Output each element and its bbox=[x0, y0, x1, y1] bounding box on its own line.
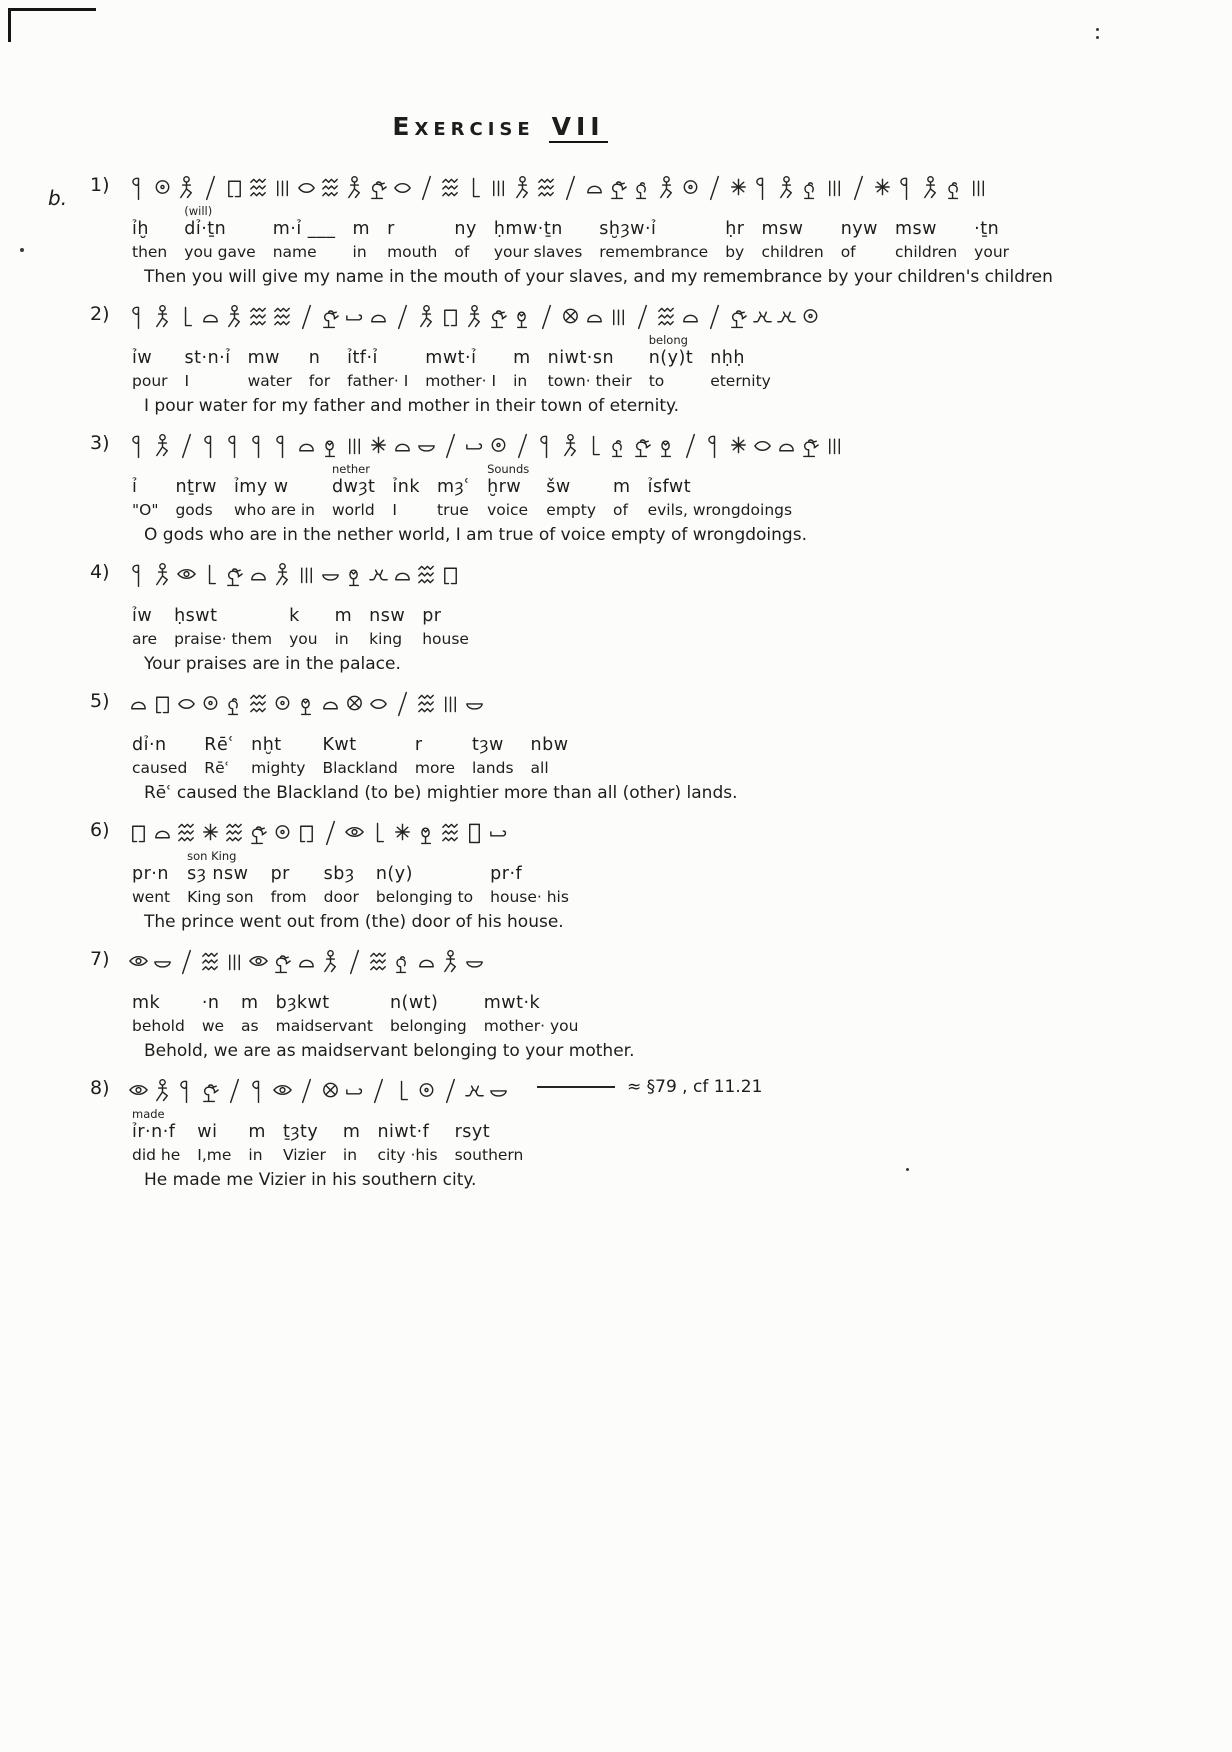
hieroglyph-man-icon bbox=[272, 559, 293, 589]
word-column: nḫtmighty bbox=[251, 721, 305, 779]
word-gloss: your bbox=[974, 242, 1009, 263]
page-title-roman-numeral: VII bbox=[549, 112, 608, 143]
word-annotation bbox=[490, 850, 569, 863]
transliteration: n bbox=[309, 347, 330, 370]
word-annotation bbox=[132, 205, 167, 218]
word-gloss: voice bbox=[487, 500, 529, 521]
hieroglyph-strokes3-icon bbox=[608, 301, 629, 331]
hieroglyph-slash-icon bbox=[440, 1075, 461, 1105]
word-annotation bbox=[710, 334, 771, 347]
word-annotation bbox=[376, 850, 473, 863]
exercise-number: 7) bbox=[90, 948, 128, 976]
hieroglyph-man-icon bbox=[344, 172, 365, 202]
scan-speck bbox=[20, 248, 24, 252]
hieroglyph-star-icon bbox=[368, 430, 389, 460]
word-annotation bbox=[387, 205, 437, 218]
hieroglyph-eye-icon bbox=[128, 946, 149, 976]
exercise-number: 6) bbox=[90, 819, 128, 847]
hieroglyph-bread-icon bbox=[392, 430, 413, 460]
transliteration: ḥr bbox=[725, 218, 744, 241]
exercise-block: 6) pr·nwentson Kingsȝ nswKing sonprfroms… bbox=[90, 817, 1190, 934]
word-gloss: caused bbox=[132, 758, 187, 779]
word-gloss: King son bbox=[187, 887, 253, 908]
transliteration: pr·f bbox=[490, 863, 569, 886]
hieroglyph-mouth-icon bbox=[368, 688, 389, 718]
word-annotation bbox=[513, 334, 531, 347]
word-gloss: world bbox=[332, 500, 375, 521]
hieroglyph-reed-icon bbox=[224, 430, 245, 460]
word-annotation bbox=[472, 721, 514, 734]
word-gloss: in bbox=[343, 1145, 361, 1166]
word-gloss: lands bbox=[472, 758, 514, 779]
word-annotation bbox=[132, 850, 170, 863]
word-gloss: belonging bbox=[390, 1016, 467, 1037]
transliteration: n(y) bbox=[376, 863, 473, 886]
word-column: n(y)belonging to bbox=[376, 850, 473, 908]
hieroglyph-leg-icon bbox=[200, 559, 221, 589]
word-gloss: Vizier bbox=[283, 1145, 326, 1166]
hieroglyph-city-icon bbox=[320, 1075, 341, 1105]
hieroglyph-house-icon bbox=[440, 301, 461, 331]
hieroglyph-star-icon bbox=[392, 817, 413, 847]
hieroglyph-eye-icon bbox=[176, 559, 197, 589]
word-annotation bbox=[895, 205, 957, 218]
word-column: rsytsouthern bbox=[455, 1108, 524, 1166]
word-annotation bbox=[484, 979, 579, 992]
transliteration: ỉnk bbox=[392, 476, 420, 499]
word-annotation bbox=[248, 334, 292, 347]
hieroglyph-slash-icon bbox=[176, 946, 197, 976]
word-gloss: did he bbox=[132, 1145, 180, 1166]
hieroglyph-slash-icon bbox=[416, 172, 437, 202]
hieroglyph-man-icon bbox=[464, 301, 485, 331]
transliteration: ḫrw bbox=[487, 476, 529, 499]
hieroglyph-row bbox=[128, 172, 989, 202]
hieroglyph-star-icon bbox=[728, 172, 749, 202]
transliteration: k bbox=[289, 605, 317, 628]
word-column: nyof bbox=[454, 205, 476, 263]
word-annotation bbox=[324, 850, 359, 863]
transliteration: m bbox=[513, 347, 531, 370]
word-annotation bbox=[248, 1108, 266, 1121]
transliteration: ỉtf·ỉ bbox=[347, 347, 408, 370]
word-gloss: by bbox=[725, 242, 744, 263]
word-gloss: town· their bbox=[548, 371, 632, 392]
word-gloss: in bbox=[335, 629, 353, 650]
word-gloss: water bbox=[248, 371, 292, 392]
word-column: ỉsfwtevils, wrongdoings bbox=[648, 463, 792, 521]
transliteration: šw bbox=[546, 476, 596, 499]
word-gloss: door bbox=[324, 887, 359, 908]
word-annotation bbox=[455, 1108, 524, 1121]
word-annotation bbox=[132, 334, 168, 347]
free-translation: Behold, we are as maidservant belonging … bbox=[144, 1040, 1190, 1063]
word-gloss: mouth bbox=[387, 242, 437, 263]
word-column: sḫȝw·ỉremembrance bbox=[599, 205, 708, 263]
interlinear-words: ỉ"O"nṯrwgodsỉmy wwho are innetherdwȝtwor… bbox=[132, 463, 1190, 521]
hieroglyph-bread-icon bbox=[776, 430, 797, 460]
word-annotation bbox=[369, 592, 405, 605]
word-column: nswking bbox=[369, 592, 405, 650]
word-column: belongn(y)tto bbox=[649, 334, 693, 392]
hieroglyph-leg-icon bbox=[464, 172, 485, 202]
transliteration: sḫȝw·ỉ bbox=[599, 218, 708, 241]
hieroglyph-man-icon bbox=[224, 301, 245, 331]
exercise-block: 4) ỉwareḥswtpraise· themkyouminnswkingpr… bbox=[90, 559, 1190, 676]
scan-speck bbox=[1096, 36, 1099, 39]
interlinear-words: mkbehold·nwemasbȝkwtmaidservantn(wt)belo… bbox=[132, 979, 1190, 1037]
transliteration: sbȝ bbox=[324, 863, 359, 886]
transliteration: m bbox=[248, 1121, 266, 1144]
transliteration: ỉmy w bbox=[234, 476, 315, 499]
hieroglyph-slash-icon bbox=[296, 301, 317, 331]
interlinear-words: ỉwpourst·n·ỉImwwaternforỉtf·ỉfather· Imw… bbox=[132, 334, 1190, 392]
word-gloss: Rēʿ bbox=[204, 758, 234, 779]
hieroglyph-row bbox=[128, 430, 845, 460]
hieroglyph-water-icon bbox=[248, 688, 269, 718]
hieroglyph-basket-icon bbox=[320, 559, 341, 589]
exercise-block: 2) ỉwpourst·n·ỉImwwaternforỉtf·ỉfather· … bbox=[90, 301, 1190, 418]
hieroglyph-water-icon bbox=[224, 817, 245, 847]
word-gloss: in bbox=[353, 242, 371, 263]
hieroglyph-row bbox=[128, 1075, 509, 1105]
word-annotation bbox=[974, 205, 1009, 218]
hieroglyph-reed-icon bbox=[752, 172, 773, 202]
transliteration: n(y)t bbox=[649, 347, 693, 370]
hieroglyph-bird-icon bbox=[320, 301, 341, 331]
word-column: mȝʿtrue bbox=[437, 463, 470, 521]
word-column: m·ỉ ___name bbox=[273, 205, 336, 263]
interlinear-words: ỉḫthen(will)dỉ·ṯnyou gavem·ỉ ___nameminr… bbox=[132, 205, 1190, 263]
hieroglyph-reed-icon bbox=[704, 430, 725, 460]
word-column: ỉware bbox=[132, 592, 157, 650]
word-annotation bbox=[841, 205, 878, 218]
hieroglyph-reed-icon bbox=[128, 430, 149, 460]
hieroglyph-water-icon bbox=[368, 946, 389, 976]
transliteration: Rēʿ bbox=[204, 734, 234, 757]
word-column: pr·nwent bbox=[132, 850, 170, 908]
hieroglyph-reed-icon bbox=[248, 1075, 269, 1105]
free-translation: Then you will give my name in the mouth … bbox=[144, 266, 1190, 289]
hieroglyph-man-icon bbox=[152, 430, 173, 460]
hieroglyph-strokes3-icon bbox=[968, 172, 989, 202]
transliteration: n(wt) bbox=[390, 992, 467, 1015]
hieroglyph-strokes3-icon bbox=[824, 172, 845, 202]
word-gloss: empty bbox=[546, 500, 596, 521]
hieroglyph-chick-icon bbox=[608, 430, 629, 460]
hieroglyph-eye-icon bbox=[248, 946, 269, 976]
word-column: nbwall bbox=[531, 721, 569, 779]
word-column: pr·fhouse· his bbox=[490, 850, 569, 908]
word-annotation bbox=[437, 463, 470, 476]
hieroglyph-water-icon bbox=[536, 172, 557, 202]
hieroglyph-leg-icon bbox=[392, 1075, 413, 1105]
free-translation: I pour water for my father and mother in… bbox=[144, 395, 1190, 418]
word-annotation bbox=[494, 205, 582, 218]
hieroglyph-basket-icon bbox=[464, 688, 485, 718]
hieroglyph-bird-icon bbox=[272, 946, 293, 976]
exercise-header: 2) bbox=[90, 301, 1190, 331]
word-gloss: maidservant bbox=[276, 1016, 373, 1037]
word-gloss: more bbox=[415, 758, 455, 779]
word-column: st·n·ỉI bbox=[185, 334, 231, 392]
hieroglyph-row bbox=[128, 559, 461, 589]
hieroglyph-house-icon bbox=[296, 817, 317, 847]
word-annotation: nether bbox=[332, 463, 375, 476]
transliteration: msw bbox=[762, 218, 824, 241]
hieroglyph-row bbox=[128, 688, 485, 718]
hieroglyph-chick-icon bbox=[800, 172, 821, 202]
hieroglyph-chick-icon bbox=[944, 172, 965, 202]
transliteration: dwȝt bbox=[332, 476, 375, 499]
hieroglyph-slash-icon bbox=[320, 817, 341, 847]
exercise-header: 8) ≈ §79 , cf 11.21 bbox=[90, 1075, 1190, 1105]
word-gloss: mother· you bbox=[484, 1016, 579, 1037]
transliteration: m bbox=[613, 476, 631, 499]
word-gloss: in bbox=[513, 371, 531, 392]
hieroglyph-slash-icon bbox=[848, 172, 869, 202]
hieroglyph-owl-icon bbox=[320, 430, 341, 460]
word-annotation bbox=[197, 1108, 231, 1121]
hieroglyph-man-icon bbox=[320, 946, 341, 976]
transliteration: nyw bbox=[841, 218, 878, 241]
word-column: mof bbox=[613, 463, 631, 521]
transliteration: r bbox=[415, 734, 455, 757]
hieroglyph-water-icon bbox=[320, 172, 341, 202]
word-column: madeỉr·n·fdid he bbox=[132, 1108, 180, 1166]
transliteration: msw bbox=[895, 218, 957, 241]
transliteration: ỉsfwt bbox=[648, 476, 792, 499]
transliteration: m·ỉ ___ bbox=[273, 218, 336, 241]
word-annotation bbox=[377, 1108, 437, 1121]
transliteration: mw bbox=[248, 347, 292, 370]
word-column: mwt·ỉmother· I bbox=[425, 334, 496, 392]
hieroglyph-viper-icon bbox=[776, 301, 797, 331]
hieroglyph-sun-icon bbox=[272, 688, 293, 718]
hieroglyph-water-icon bbox=[248, 301, 269, 331]
word-column: netherdwȝtworld bbox=[332, 463, 375, 521]
transliteration: r bbox=[387, 218, 437, 241]
hieroglyph-row bbox=[128, 301, 821, 331]
hieroglyph-leg-icon bbox=[176, 301, 197, 331]
word-column: min bbox=[513, 334, 531, 392]
hieroglyph-sun-icon bbox=[152, 172, 173, 202]
hieroglyph-man-icon bbox=[776, 172, 797, 202]
word-annotation bbox=[175, 463, 216, 476]
word-gloss: house· his bbox=[490, 887, 569, 908]
word-gloss: southern bbox=[455, 1145, 524, 1166]
interlinear-words: madeỉr·n·fdid hewiI,meminṯȝtyVizierminni… bbox=[132, 1108, 1190, 1166]
margin-label: b. bbox=[48, 186, 67, 210]
free-translation: Your praises are in the palace. bbox=[144, 653, 1190, 676]
word-column: KwtBlackland bbox=[322, 721, 397, 779]
hieroglyph-mouth-icon bbox=[752, 430, 773, 460]
hieroglyph-star-icon bbox=[200, 817, 221, 847]
hieroglyph-basket-icon bbox=[488, 1075, 509, 1105]
hieroglyph-viper-icon bbox=[464, 1075, 485, 1105]
transliteration: pr bbox=[422, 605, 469, 628]
word-column: (will)dỉ·ṯnyou gave bbox=[184, 205, 255, 263]
interlinear-words: pr·nwentson Kingsȝ nswKing sonprfromsbȝd… bbox=[132, 850, 1190, 908]
word-column: tȝwlands bbox=[472, 721, 514, 779]
hieroglyph-bird-icon bbox=[224, 559, 245, 589]
word-column: min bbox=[353, 205, 371, 263]
word-column: min bbox=[343, 1108, 361, 1166]
transliteration: m bbox=[335, 605, 353, 628]
hieroglyph-leg-icon bbox=[368, 817, 389, 847]
hieroglyph-row bbox=[128, 817, 509, 847]
word-annotation: belong bbox=[649, 334, 693, 347]
word-column: sbȝdoor bbox=[324, 850, 359, 908]
hieroglyph-owl-icon bbox=[656, 430, 677, 460]
hieroglyph-owl-icon bbox=[416, 817, 437, 847]
word-gloss: Blackland bbox=[322, 758, 397, 779]
word-gloss: evils, wrongdoings bbox=[648, 500, 792, 521]
word-annotation bbox=[548, 334, 632, 347]
word-column: niwt·fcity ·his bbox=[377, 1108, 437, 1166]
exercise-number: 5) bbox=[90, 690, 128, 718]
word-gloss: children bbox=[895, 242, 957, 263]
hieroglyph-bread-icon bbox=[368, 301, 389, 331]
word-gloss: to bbox=[649, 371, 693, 392]
hieroglyph-reed-icon bbox=[536, 430, 557, 460]
word-column: niwt·sntown· their bbox=[548, 334, 632, 392]
hieroglyph-reed-icon bbox=[200, 430, 221, 460]
word-gloss: I bbox=[392, 500, 420, 521]
word-annotation bbox=[204, 721, 234, 734]
word-annotation bbox=[546, 463, 596, 476]
hieroglyph-slash-icon bbox=[368, 1075, 389, 1105]
word-column: nywof bbox=[841, 205, 878, 263]
interlinear-words: dỉ·ncausedRēʿRēʿnḫtmightyKwtBlacklandrmo… bbox=[132, 721, 1190, 779]
hieroglyph-basket-icon bbox=[464, 946, 485, 976]
hieroglyph-man-icon bbox=[152, 301, 173, 331]
word-column: mswchildren bbox=[895, 205, 957, 263]
transliteration: wi bbox=[197, 1121, 231, 1144]
word-column: ỉnkI bbox=[392, 463, 420, 521]
hieroglyph-slash-icon bbox=[176, 430, 197, 460]
transliteration: nṯrw bbox=[175, 476, 216, 499]
hieroglyph-eye-icon bbox=[344, 817, 365, 847]
word-gloss: of bbox=[613, 500, 631, 521]
hieroglyph-bird-icon bbox=[608, 172, 629, 202]
word-annotation bbox=[613, 463, 631, 476]
free-translation: O gods who are in the nether world, I am… bbox=[144, 524, 1190, 547]
word-annotation bbox=[454, 205, 476, 218]
word-gloss: eternity bbox=[710, 371, 771, 392]
word-column: rmore bbox=[415, 721, 455, 779]
word-annotation bbox=[132, 463, 158, 476]
hieroglyph-bread-icon bbox=[392, 559, 413, 589]
hieroglyph-slash-icon bbox=[632, 301, 653, 331]
transliteration: nḫt bbox=[251, 734, 305, 757]
word-annotation bbox=[531, 721, 569, 734]
hieroglyph-slash-icon bbox=[536, 301, 557, 331]
word-gloss: went bbox=[132, 887, 170, 908]
hieroglyph-strokes3-icon bbox=[224, 946, 245, 976]
hieroglyph-bread-icon bbox=[416, 946, 437, 976]
word-column: n(wt)belonging bbox=[390, 979, 467, 1037]
word-gloss: belonging to bbox=[376, 887, 473, 908]
word-column: ḥrby bbox=[725, 205, 744, 263]
word-annotation: made bbox=[132, 1108, 180, 1121]
hieroglyph-mouth-icon bbox=[392, 172, 413, 202]
hieroglyph-eye-icon bbox=[128, 1075, 149, 1105]
hieroglyph-bread-icon bbox=[584, 172, 605, 202]
word-annotation bbox=[343, 1108, 361, 1121]
word-column: mkbehold bbox=[132, 979, 185, 1037]
hieroglyph-water-icon bbox=[200, 946, 221, 976]
word-gloss: then bbox=[132, 242, 167, 263]
word-annotation bbox=[185, 334, 231, 347]
word-gloss: for bbox=[309, 371, 330, 392]
word-column: ḥswtpraise· them bbox=[174, 592, 272, 650]
transliteration: niwt·sn bbox=[548, 347, 632, 370]
word-annotation bbox=[202, 979, 224, 992]
hieroglyph-sun-icon bbox=[416, 1075, 437, 1105]
hieroglyph-reed-icon bbox=[272, 430, 293, 460]
transliteration: ỉw bbox=[132, 347, 168, 370]
hieroglyph-bread-icon bbox=[128, 688, 149, 718]
word-annotation bbox=[425, 334, 496, 347]
hieroglyph-eye-icon bbox=[272, 1075, 293, 1105]
word-column: ỉtf·ỉfather· I bbox=[347, 334, 408, 392]
exercise-list: 1) ỉḫthen(will)dỉ·ṯnyou gavem·ỉ ___namem… bbox=[90, 172, 1190, 1204]
hieroglyph-water-icon bbox=[440, 172, 461, 202]
word-annotation bbox=[174, 592, 272, 605]
hieroglyph-star-icon bbox=[728, 430, 749, 460]
word-column: ỉmy wwho are in bbox=[234, 463, 315, 521]
hieroglyph-slash-icon bbox=[704, 172, 725, 202]
word-column: ỉḫthen bbox=[132, 205, 167, 263]
hieroglyph-star-icon bbox=[872, 172, 893, 202]
transliteration: ·n bbox=[202, 992, 224, 1015]
exercise-header: 4) bbox=[90, 559, 1190, 589]
word-gloss: you bbox=[289, 629, 317, 650]
hieroglyph-man-icon bbox=[512, 172, 533, 202]
note-dash bbox=[537, 1086, 615, 1088]
transliteration: niwt·f bbox=[377, 1121, 437, 1144]
hieroglyph-arm-icon bbox=[344, 1075, 365, 1105]
word-gloss: of bbox=[841, 242, 878, 263]
word-gloss: of bbox=[454, 242, 476, 263]
hieroglyph-strokes3-icon bbox=[344, 430, 365, 460]
hieroglyph-bird-icon bbox=[632, 430, 653, 460]
hieroglyph-bread-icon bbox=[680, 301, 701, 331]
word-gloss: all bbox=[531, 758, 569, 779]
hieroglyph-man-icon bbox=[560, 430, 581, 460]
hieroglyph-owl-icon bbox=[344, 559, 365, 589]
hieroglyph-bread-icon bbox=[584, 301, 605, 331]
transliteration: ỉw bbox=[132, 605, 157, 628]
word-annotation bbox=[648, 463, 792, 476]
word-annotation bbox=[132, 592, 157, 605]
transliteration: m bbox=[241, 992, 259, 1015]
hieroglyph-water-icon bbox=[176, 817, 197, 847]
interlinear-words: ỉwareḥswtpraise· themkyouminnswkingprhou… bbox=[132, 592, 1190, 650]
word-annotation: (will) bbox=[184, 205, 255, 218]
hieroglyph-row bbox=[128, 946, 485, 976]
hieroglyph-strokes3-icon bbox=[296, 559, 317, 589]
note-text: ≈ §79 , cf 11.21 bbox=[627, 1077, 762, 1097]
hieroglyph-reed-icon bbox=[128, 559, 149, 589]
word-column: nḥḥeternity bbox=[710, 334, 771, 392]
word-annotation bbox=[271, 850, 307, 863]
word-column: ṯȝtyVizier bbox=[283, 1108, 326, 1166]
word-gloss: I,me bbox=[197, 1145, 231, 1166]
transliteration: nḥḥ bbox=[710, 347, 771, 370]
hieroglyph-bird-icon bbox=[800, 430, 821, 460]
